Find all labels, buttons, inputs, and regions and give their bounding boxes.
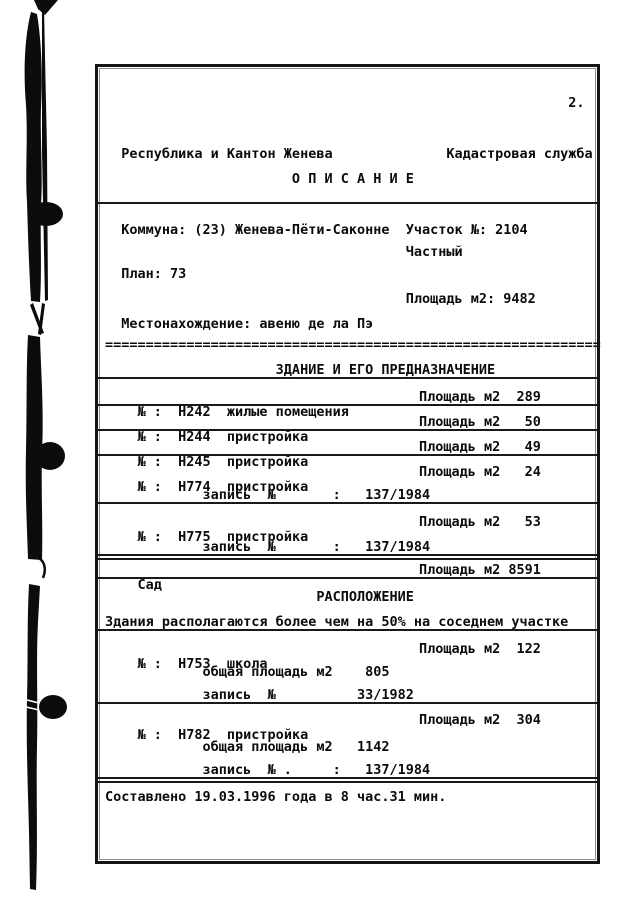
building-row-area: Площадь м2 49: [419, 440, 541, 455]
record-line: запись № . : 137/1984: [98, 763, 597, 779]
total-area-line: общая площадь м2 805: [98, 665, 597, 681]
garden-row: Сад Площадь м2 8591: [98, 563, 597, 579]
location-heading: РАСПОЛОЖЕНИЕ: [98, 590, 597, 606]
footer-compiled: Составлено 19.03.1996 года в 8 час.31 ми…: [98, 790, 597, 806]
location-row-area: Площадь м2 122: [419, 642, 541, 657]
binding-scan-artifact: [0, 0, 95, 905]
record-line: запись № : 137/1984: [98, 540, 597, 556]
building-row: № : Н242 жилые помещения Площадь м2 289: [98, 390, 597, 406]
info-location: Местонахождение: авеню де ла Пэ: [98, 317, 597, 333]
binding-top-wedge: [34, 0, 58, 15]
location-row: № : Н782 пристройка Площадь м2 304: [98, 713, 597, 729]
binding-bar-upper: [25, 12, 42, 302]
building-row-area: Площадь м2 24: [419, 465, 541, 480]
buildings-heading: ЗДАНИЕ И ЕГО ПРЕДНАЗНАЧЕНИЕ: [98, 363, 597, 379]
binding-knob: [29, 202, 63, 226]
binding-bars: [25, 0, 67, 890]
record-line: запись № 33/1982: [98, 688, 597, 704]
doc-title: О П И С А Н И Е: [98, 172, 597, 188]
binding-thin-line: [42, 9, 48, 301]
binding-bar-lower: [27, 584, 40, 890]
section-rule: [98, 781, 597, 783]
building-row: № : Н775 пристройка Площадь м2 53: [98, 515, 597, 531]
garden-area: Площадь м2 8591: [419, 563, 541, 578]
page-number: 2.: [98, 96, 597, 112]
building-row-area: Площадь м2 50: [419, 415, 541, 430]
page-frame: 2. Республика и Кантон Женева Кадастрова…: [95, 64, 600, 864]
info-commune: Коммуна: (23) Женева-Пёти-Саконне Участо…: [98, 223, 597, 239]
record-line: запись № : 137/1984: [98, 488, 597, 504]
location-row-area: Площадь м2 304: [419, 713, 541, 728]
building-row-area: Площадь м2 289: [419, 390, 541, 405]
section-separator: ========================================…: [98, 338, 597, 354]
total-area-line: общая площадь м2 1142: [98, 740, 597, 756]
binding-knob: [39, 695, 67, 719]
location-note: Здания располагаются более чем на 50% на…: [98, 615, 597, 631]
building-row: № : Н244 пристройка Площадь м2 50: [98, 415, 597, 431]
title-rule: [98, 202, 597, 204]
info-plan: План: 73: [98, 267, 597, 283]
building-row-area: Площадь м2 53: [419, 515, 541, 530]
org-line: Республика и Кантон Женева Кадастровая с…: [98, 147, 597, 163]
location-row: № : Н753 школа Площадь м2 122: [98, 642, 597, 658]
info-ownership: Частный: [98, 245, 597, 261]
building-row: № : Н245 пристройка Площадь м2 49: [98, 440, 597, 456]
section-rule: [98, 558, 597, 560]
info-area: Площадь м2: 9482: [98, 292, 597, 308]
binding-knob: [35, 442, 65, 470]
building-row: № : Н774 пристройка Площадь м2 24: [98, 465, 597, 481]
binding-hole: [23, 563, 41, 581]
